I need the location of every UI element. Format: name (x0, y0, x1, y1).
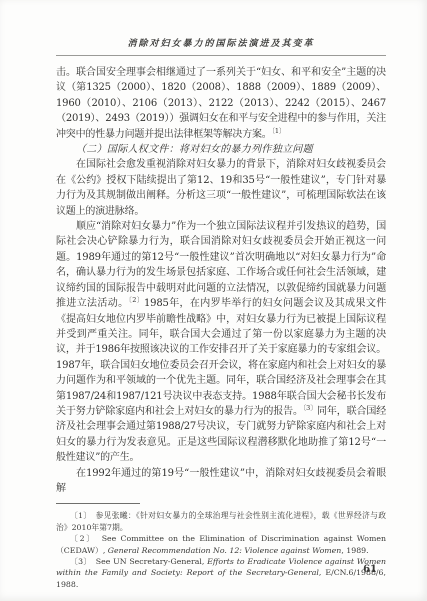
section-heading: （二）国际人权文件：将对妇女的暴力列作独立问题 (56, 142, 386, 157)
body-paragraph: 顺应“消除对妇女暴力”作为一个独立国际法议程并引发热议的趋势，国际社会决心铲除暴… (56, 219, 386, 466)
running-head: 消除对妇女暴力的国际法演进及其变革 (56, 36, 386, 49)
page-number: 61 (363, 564, 377, 575)
footnote-marker: 〔2〕 (128, 296, 144, 304)
book-page: 消除对妇女暴力的国际法演进及其变革 击。联合国安全理事会相继通过了一系列关于“妇… (0, 0, 427, 601)
footnote-item: 〔1〕 参见张曦：《针对妇女暴力的全球治理与社会性别主流化进程》，载《世界经济与… (56, 510, 386, 533)
body-paragraph: 在国际社会愈发重视消除对妇女暴力的背景下，消除对妇女歧视委员会在《公约》授权下陆… (56, 157, 386, 219)
footnote-marker: 〔3〕 (303, 404, 317, 412)
footnote-separator (56, 503, 140, 504)
header-rule (56, 55, 386, 56)
body-paragraph: 击。联合国安全理事会相继通过了一系列关于“妇女、和平和安全”主题的决议（第132… (56, 65, 386, 142)
footnotes: 〔1〕 参见张曦：《针对妇女暴力的全球治理与社会性别主流化进程》，载《世界经济与… (56, 510, 386, 590)
footnote-item: 〔3〕 See UN Secretary-General, Efforts to… (56, 556, 386, 590)
body-text: 击。联合国安全理事会相继通过了一系列关于“妇女、和平和安全”主题的决议（第132… (56, 65, 386, 496)
footnote-item: 〔2〕 See Committee on the Elimination of … (56, 533, 386, 556)
footnote-marker: 〔1〕 (272, 127, 286, 135)
body-paragraph: 在1992年通过的第19号“一般性建议”中，消除对妇女歧视委员会着眼解 (56, 466, 386, 497)
